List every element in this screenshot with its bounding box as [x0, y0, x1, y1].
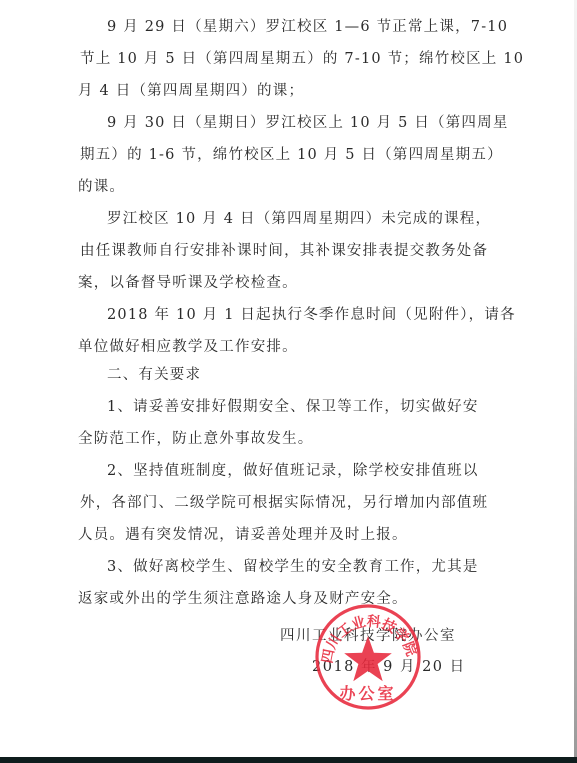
signature-date: 2018 年 9 月 20 日 — [312, 655, 466, 676]
paragraph-line: 外，各部门、二级学院可根据实际情况，另行增加内部值班 — [80, 493, 448, 513]
paragraph-line: 案，以备督导听课及学校检查。 — [78, 273, 498, 293]
paragraph-line: 人员。遇有突发情况，请妥善处理并及时上报。 — [78, 525, 498, 545]
paragraph-line: 的课。 — [78, 177, 498, 197]
bottom-border — [0, 757, 577, 763]
paragraph-line: 节上 10 月 5 日（第四周星期五）的 7-10 节；绵竹校区上 10 — [80, 49, 448, 69]
paragraph-line: 9 月 29 日（星期六）罗江校区 1—6 节正常上课，7-10 — [107, 17, 448, 37]
paragraph-line: 2、坚持值班制度，做好值班记录，除学校安排值班以 — [107, 461, 448, 481]
paragraph-line: 月 4 日（第四周星期四）的课； — [78, 81, 498, 101]
paragraph-line: 2018 年 10 月 1 日起执行冬季作息时间（见附件），请各 — [107, 305, 448, 325]
paragraph-line: 3、做好离校学生、留校学生的安全教育工作，尤其是 — [107, 557, 448, 577]
signature-organization: 四川工业科技学院办公室 — [280, 624, 456, 645]
paragraph-line: 1、请妥善安排好假期安全、保卫等工作，切实做好安 — [107, 397, 448, 417]
paragraph-line: 9 月 30 日（星期日）罗江校区上 10 月 5 日（第四周星 — [107, 113, 448, 133]
paragraph-line: 单位做好相应教学及工作安排。 — [78, 337, 498, 357]
paragraph-line: 全防范工作，防止意外事故发生。 — [78, 429, 498, 449]
paragraph-line: 返家或外出的学生须注意路途人身及财产安全。 — [78, 589, 498, 609]
paragraph-line: 由任课教师自行安排补课时间，其补课安排表提交教务处备 — [80, 241, 448, 261]
section-heading: 二、有关要求 — [107, 365, 527, 385]
seal-bottom-text: 办公室 — [339, 684, 396, 703]
paragraph-line: 罗江校区 10 月 4 日（第四周星期四）未完成的课程， — [107, 209, 448, 229]
paragraph-line: 期五）的 1-6 节，绵竹校区上 10 月 5 日（第四周星期五） — [80, 145, 448, 165]
document-page: 9 月 29 日（星期六）罗江校区 1—6 节正常上课，7-10 节上 10 月… — [0, 0, 577, 757]
